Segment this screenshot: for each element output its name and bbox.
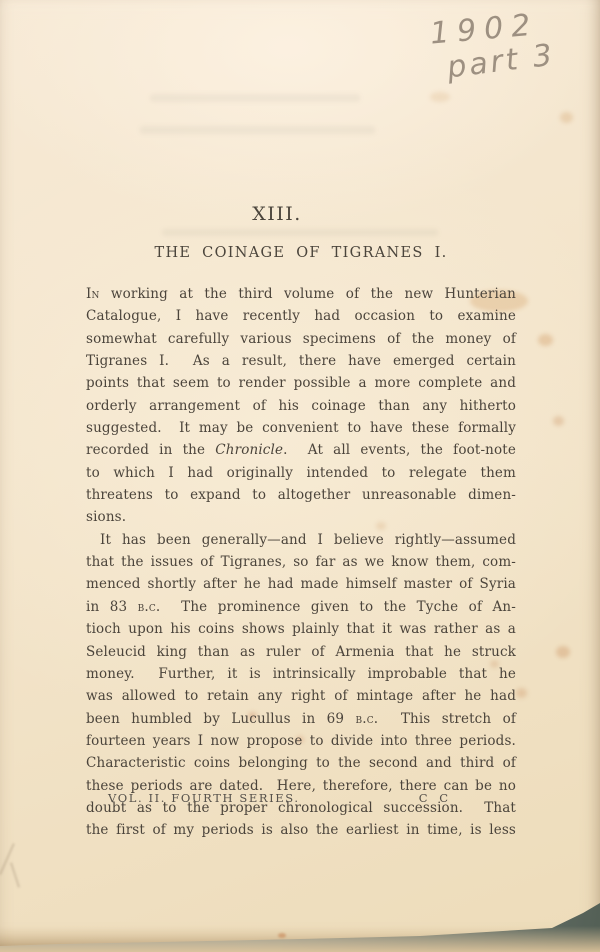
text-line: been humbled by Lucullus in 69 b.c. This…: [86, 708, 516, 730]
article-title: THE COINAGE OF TIGRANES I.: [86, 245, 516, 261]
paragraph: In working at the third volume of the ne…: [86, 283, 516, 529]
volume-series-label: VOL. II. FOURTH SERIES.: [108, 791, 300, 805]
text-line: to which I had originally intended to re…: [86, 462, 516, 484]
text-line: that the issues of Tigranes, so far as w…: [86, 551, 516, 573]
text-line: the first of my periods is also the earl…: [86, 819, 516, 841]
text-line: in 83 b.c. The prominence given to the T…: [86, 596, 516, 618]
text-line: In working at the third volume of the ne…: [86, 283, 516, 305]
printer-signature-mark: C C: [419, 791, 452, 805]
text-line: somewhat carefully various specimens of …: [86, 328, 516, 350]
text-line: points that seem to render possible a mo…: [86, 372, 516, 394]
text-line: Seleucid king than as ruler of Armenia t…: [86, 641, 516, 663]
text-line: tioch upon his coins shows plainly that …: [86, 618, 516, 640]
text-line: recorded in the Chronicle. At all events…: [86, 439, 516, 461]
text-line: menced shortly after he had made himself…: [86, 573, 516, 595]
text-line: suggested. It may be convenient to have …: [86, 417, 516, 439]
text-line: Tigranes I. As a result, there have emer…: [86, 350, 516, 372]
text-line: threatens to expand to altogether unreas…: [86, 484, 516, 506]
text-line: money. Further, it is intrinsically impr…: [86, 663, 516, 685]
text-line: fourteen years I now propose to divide i…: [86, 730, 516, 752]
text-line: was allowed to retain any right of minta…: [86, 685, 516, 707]
text-line: orderly arrangement of his coinage than …: [86, 395, 516, 417]
body-text: In working at the third volume of the ne…: [86, 283, 516, 842]
text-line: Characteristic coins belonging to the se…: [86, 752, 516, 774]
page-footer: VOL. II. FOURTH SERIES. C C: [86, 791, 516, 805]
text-line: Catalogue, I have recently had occasion …: [86, 305, 516, 327]
chapter-number: XIII.: [86, 203, 468, 225]
text-line: It has been generally—and I believe righ…: [86, 529, 516, 551]
text-line: sions.: [86, 506, 516, 528]
